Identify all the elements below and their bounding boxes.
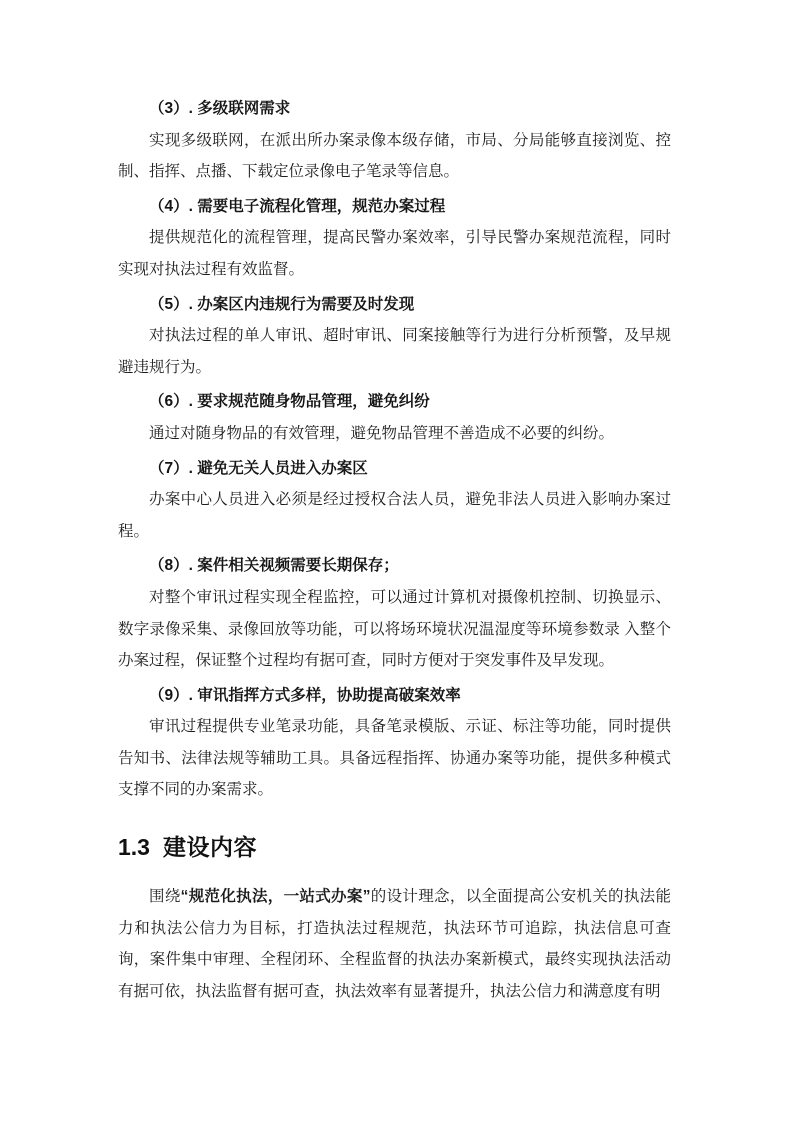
section-number: 1.3 [118, 834, 150, 860]
item-7-heading: （7）. 避免无关人员进入办案区 [118, 453, 671, 485]
item-3-heading: （3）. 多级联网需求 [118, 93, 671, 125]
item-8-paragraph: 对整个审讯过程实现全程监控，可以通过计算机对摄像机控制、切换显示、数字录像采集、… [118, 582, 671, 677]
item-5-paragraph: 对执法过程的单人审讯、超时审讯、同案接触等行为进行分析预警，及早规避违规行为。 [118, 320, 671, 383]
item-6-paragraph: 通过对随身物品的有效管理，避免物品管理不善造成不必要的纠纷。 [118, 418, 671, 450]
item-4-heading: （4）. 需要电子流程化管理，规范办案过程 [118, 191, 671, 223]
document-content: （3）. 多级联网需求 实现多级联网，在派出所办案录像本级存储，市局、分局能够直… [118, 90, 671, 1007]
item-9-heading: （9）. 审讯指挥方式多样，协助提高破案效率 [118, 680, 671, 712]
item-3-paragraph: 实现多级联网，在派出所办案录像本级存储，市局、分局能够直接浏览、控制、指挥、点播… [118, 125, 671, 188]
closing-paragraph-prefix: 围绕 [149, 888, 181, 905]
item-9-paragraph: 审讯过程提供专业笔录功能，具备笔录模版、示证、标注等功能，同时提供告知书、法律法… [118, 711, 671, 806]
item-6-heading: （6）. 要求规范随身物品管理，避免纠纷 [118, 386, 671, 418]
section-title: 建设内容 [163, 834, 257, 860]
item-8-heading: （8）. 案件相关视频需要长期保存； [118, 550, 671, 582]
closing-paragraph: 围绕“规范化执法，一站式办案”的设计理念，以全面提高公安机关的执法能力和执法公信… [118, 881, 671, 1007]
closing-paragraph-bold-quote: “规范化执法，一站式办案” [181, 888, 371, 905]
document-page: （3）. 多级联网需求 实现多级联网，在派出所办案录像本级存储，市局、分局能够直… [0, 0, 793, 1122]
item-4-paragraph: 提供规范化的流程管理，提高民警办案效率，引导民警办案规范流程，同时 实现对执法过… [118, 222, 671, 285]
section-heading-1-3: 1.3建设内容 [118, 832, 671, 862]
item-7-paragraph: 办案中心人员进入必须是经过授权合法人员，避免非法人员进入影响办案过程。 [118, 484, 671, 547]
item-5-heading: （5）. 办案区内违规行为需要及时发现 [118, 289, 671, 321]
